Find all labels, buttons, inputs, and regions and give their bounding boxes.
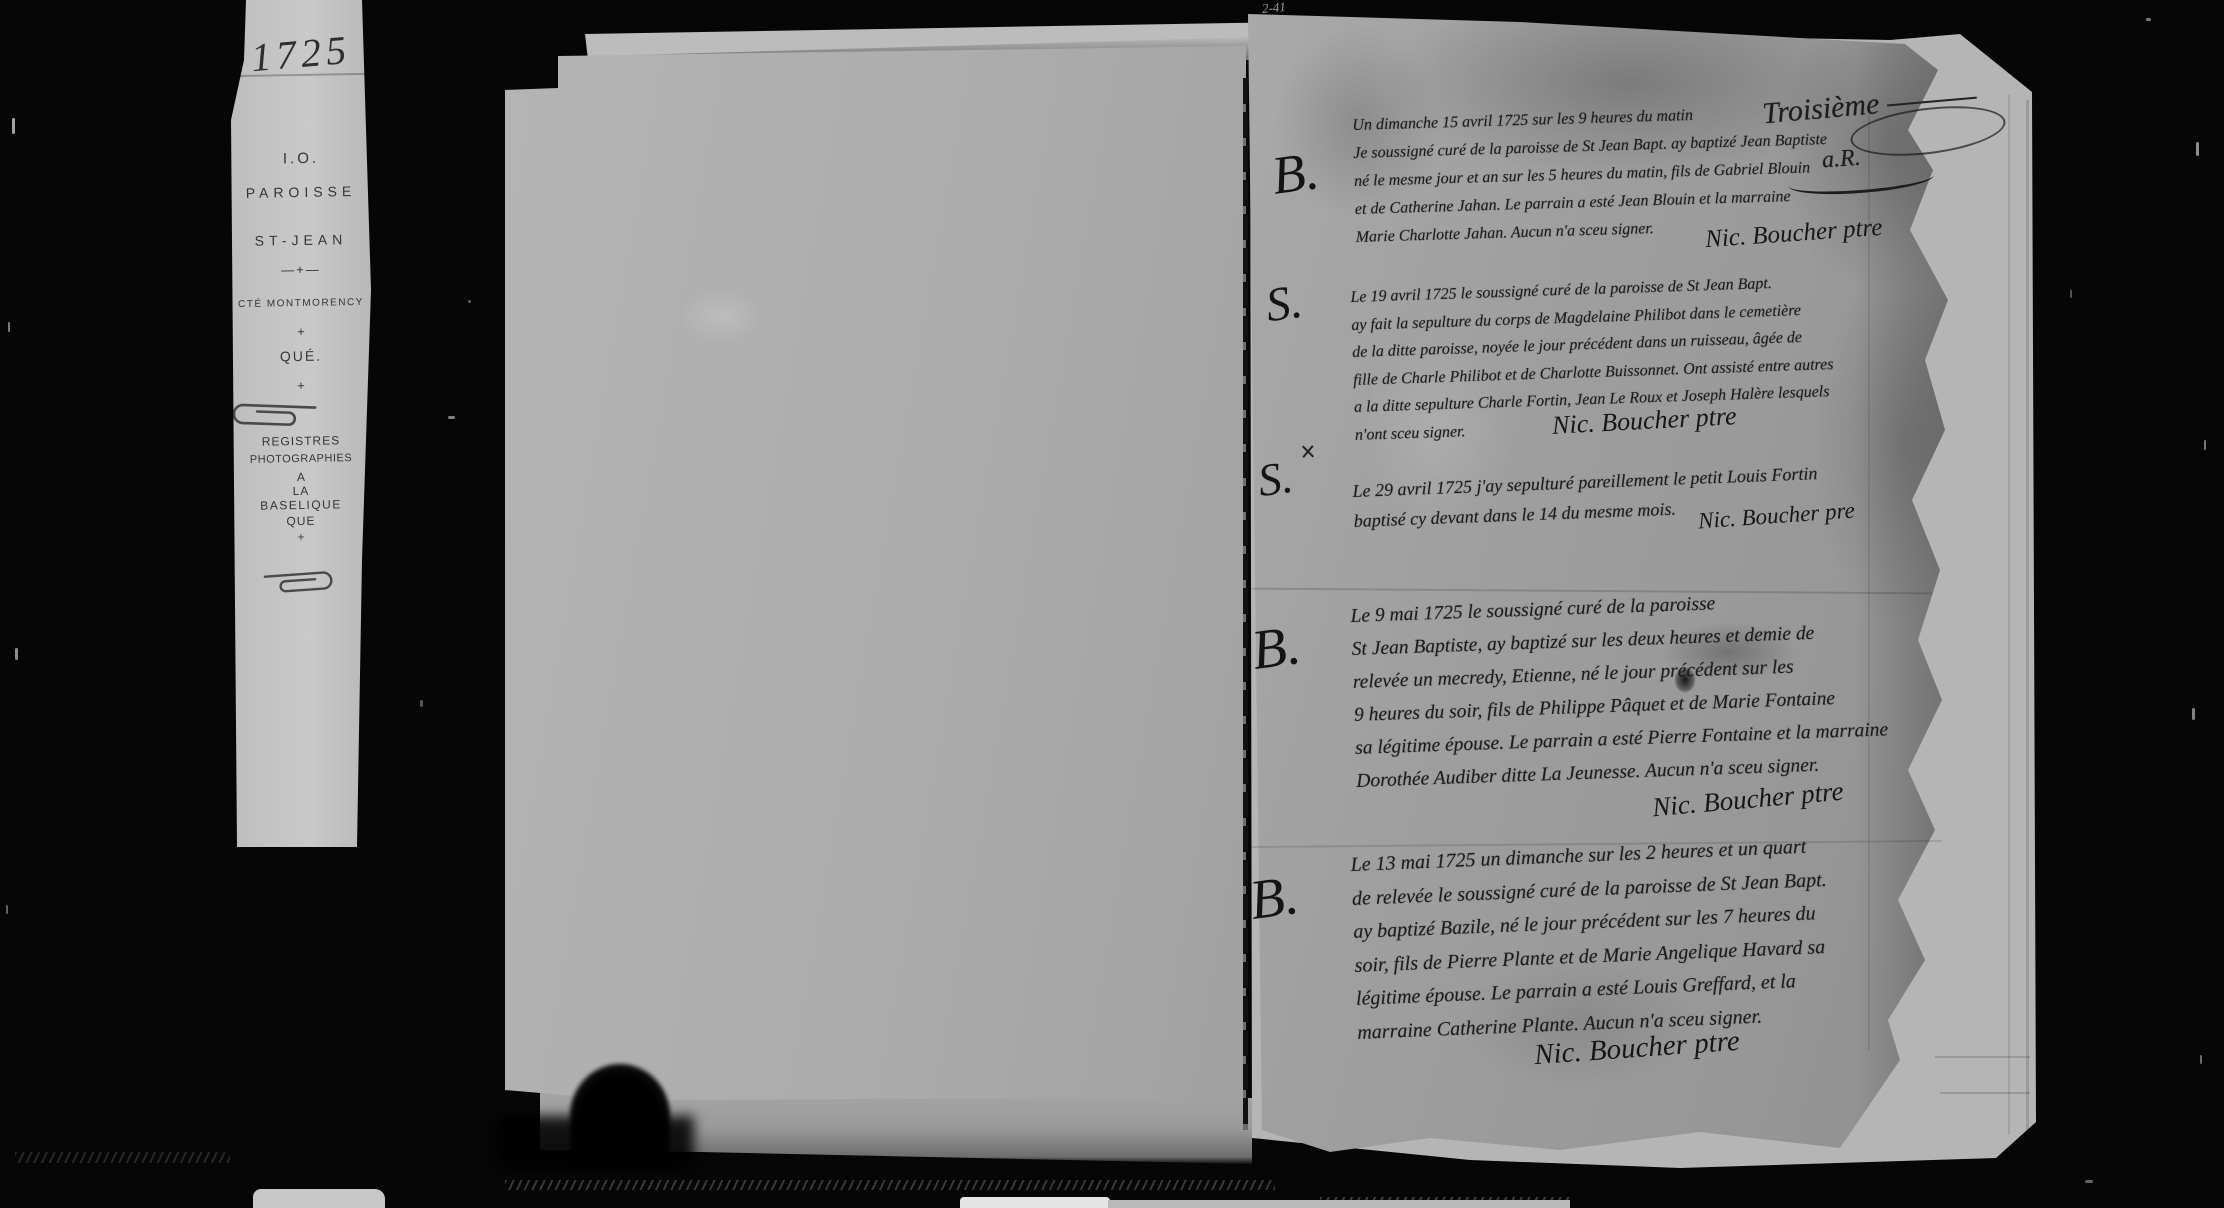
slate-note-line: QUE [229,513,373,530]
slate-county: CTÉ MONTMORENCY [229,297,373,311]
film-scratch [468,300,471,303]
slate-divider-top: —+— [229,261,373,279]
backing-edge-mark [1935,1056,2030,1058]
backing-edge-mark [1940,1092,2030,1094]
slate-org: I.O. [229,149,373,169]
slate-divider-mid: + [229,323,373,341]
margin-tick-mark [1301,444,1315,458]
margin-letter: S. [1254,450,1296,507]
corner-scribble: 2-41 [1261,0,1286,17]
film-scratch [12,118,15,134]
bottom-page-sliver [253,1189,385,1208]
slate-card: 1725 I.O. PAROISSE ST-JEAN —+— CTÉ MONTM… [229,0,373,847]
slate-parish-name: ST-JEAN [229,231,373,250]
film-scratch [2070,290,2072,298]
finger-shadow-base [498,1116,694,1168]
film-scratch [2192,708,2195,720]
left-blank-page [502,46,1246,1100]
slate-note-cross: + [229,529,373,546]
slate-note-line: PHOTOGRAPHIES [229,452,373,467]
margin-letter: S. [1262,274,1305,333]
film-scratch [2200,1055,2202,1064]
film-damage-zigzag [15,1152,230,1163]
film-scratch [2204,440,2206,450]
register-entry: Le 9 mai 1725 le soussigné curé de la pa… [1350,581,1890,797]
film-scratch [448,416,455,419]
margin-letter: B. [1268,139,1323,207]
backing-crease [2008,95,2010,1135]
paperclip-icon [260,559,346,595]
paperclip-icon [222,394,319,429]
film-scratch [420,700,423,707]
register-entry: Le 13 mai 1725 un dimanche sur les 2 heu… [1350,830,1833,1050]
book-gutter-seam [1243,78,1248,1130]
margin-letter: B. [1246,863,1303,933]
slate-parish-label: PAROISSE [229,183,373,202]
backing-edge-line [2026,100,2029,1135]
slate-divider-low: + [229,377,373,395]
bottom-page-sliver [960,1197,1110,1208]
slate-note-line: REGISTRES [229,433,373,450]
slate-province: QUÉ. [229,347,373,366]
film-scratch [2146,18,2151,21]
film-scratch [8,322,10,332]
film-damage-zigzag [505,1180,1275,1190]
film-scratch [2085,1180,2093,1183]
margin-letter: B. [1248,613,1305,683]
film-scratch [15,648,18,660]
bottom-page-sliver [1108,1200,1570,1208]
film-scratch [6,905,8,914]
microfilm-frame: 1725 I.O. PAROISSE ST-JEAN —+— CTÉ MONTM… [0,0,2224,1208]
film-scratch [2196,142,2199,156]
slate-note-line: BASELIQUE [229,497,373,514]
